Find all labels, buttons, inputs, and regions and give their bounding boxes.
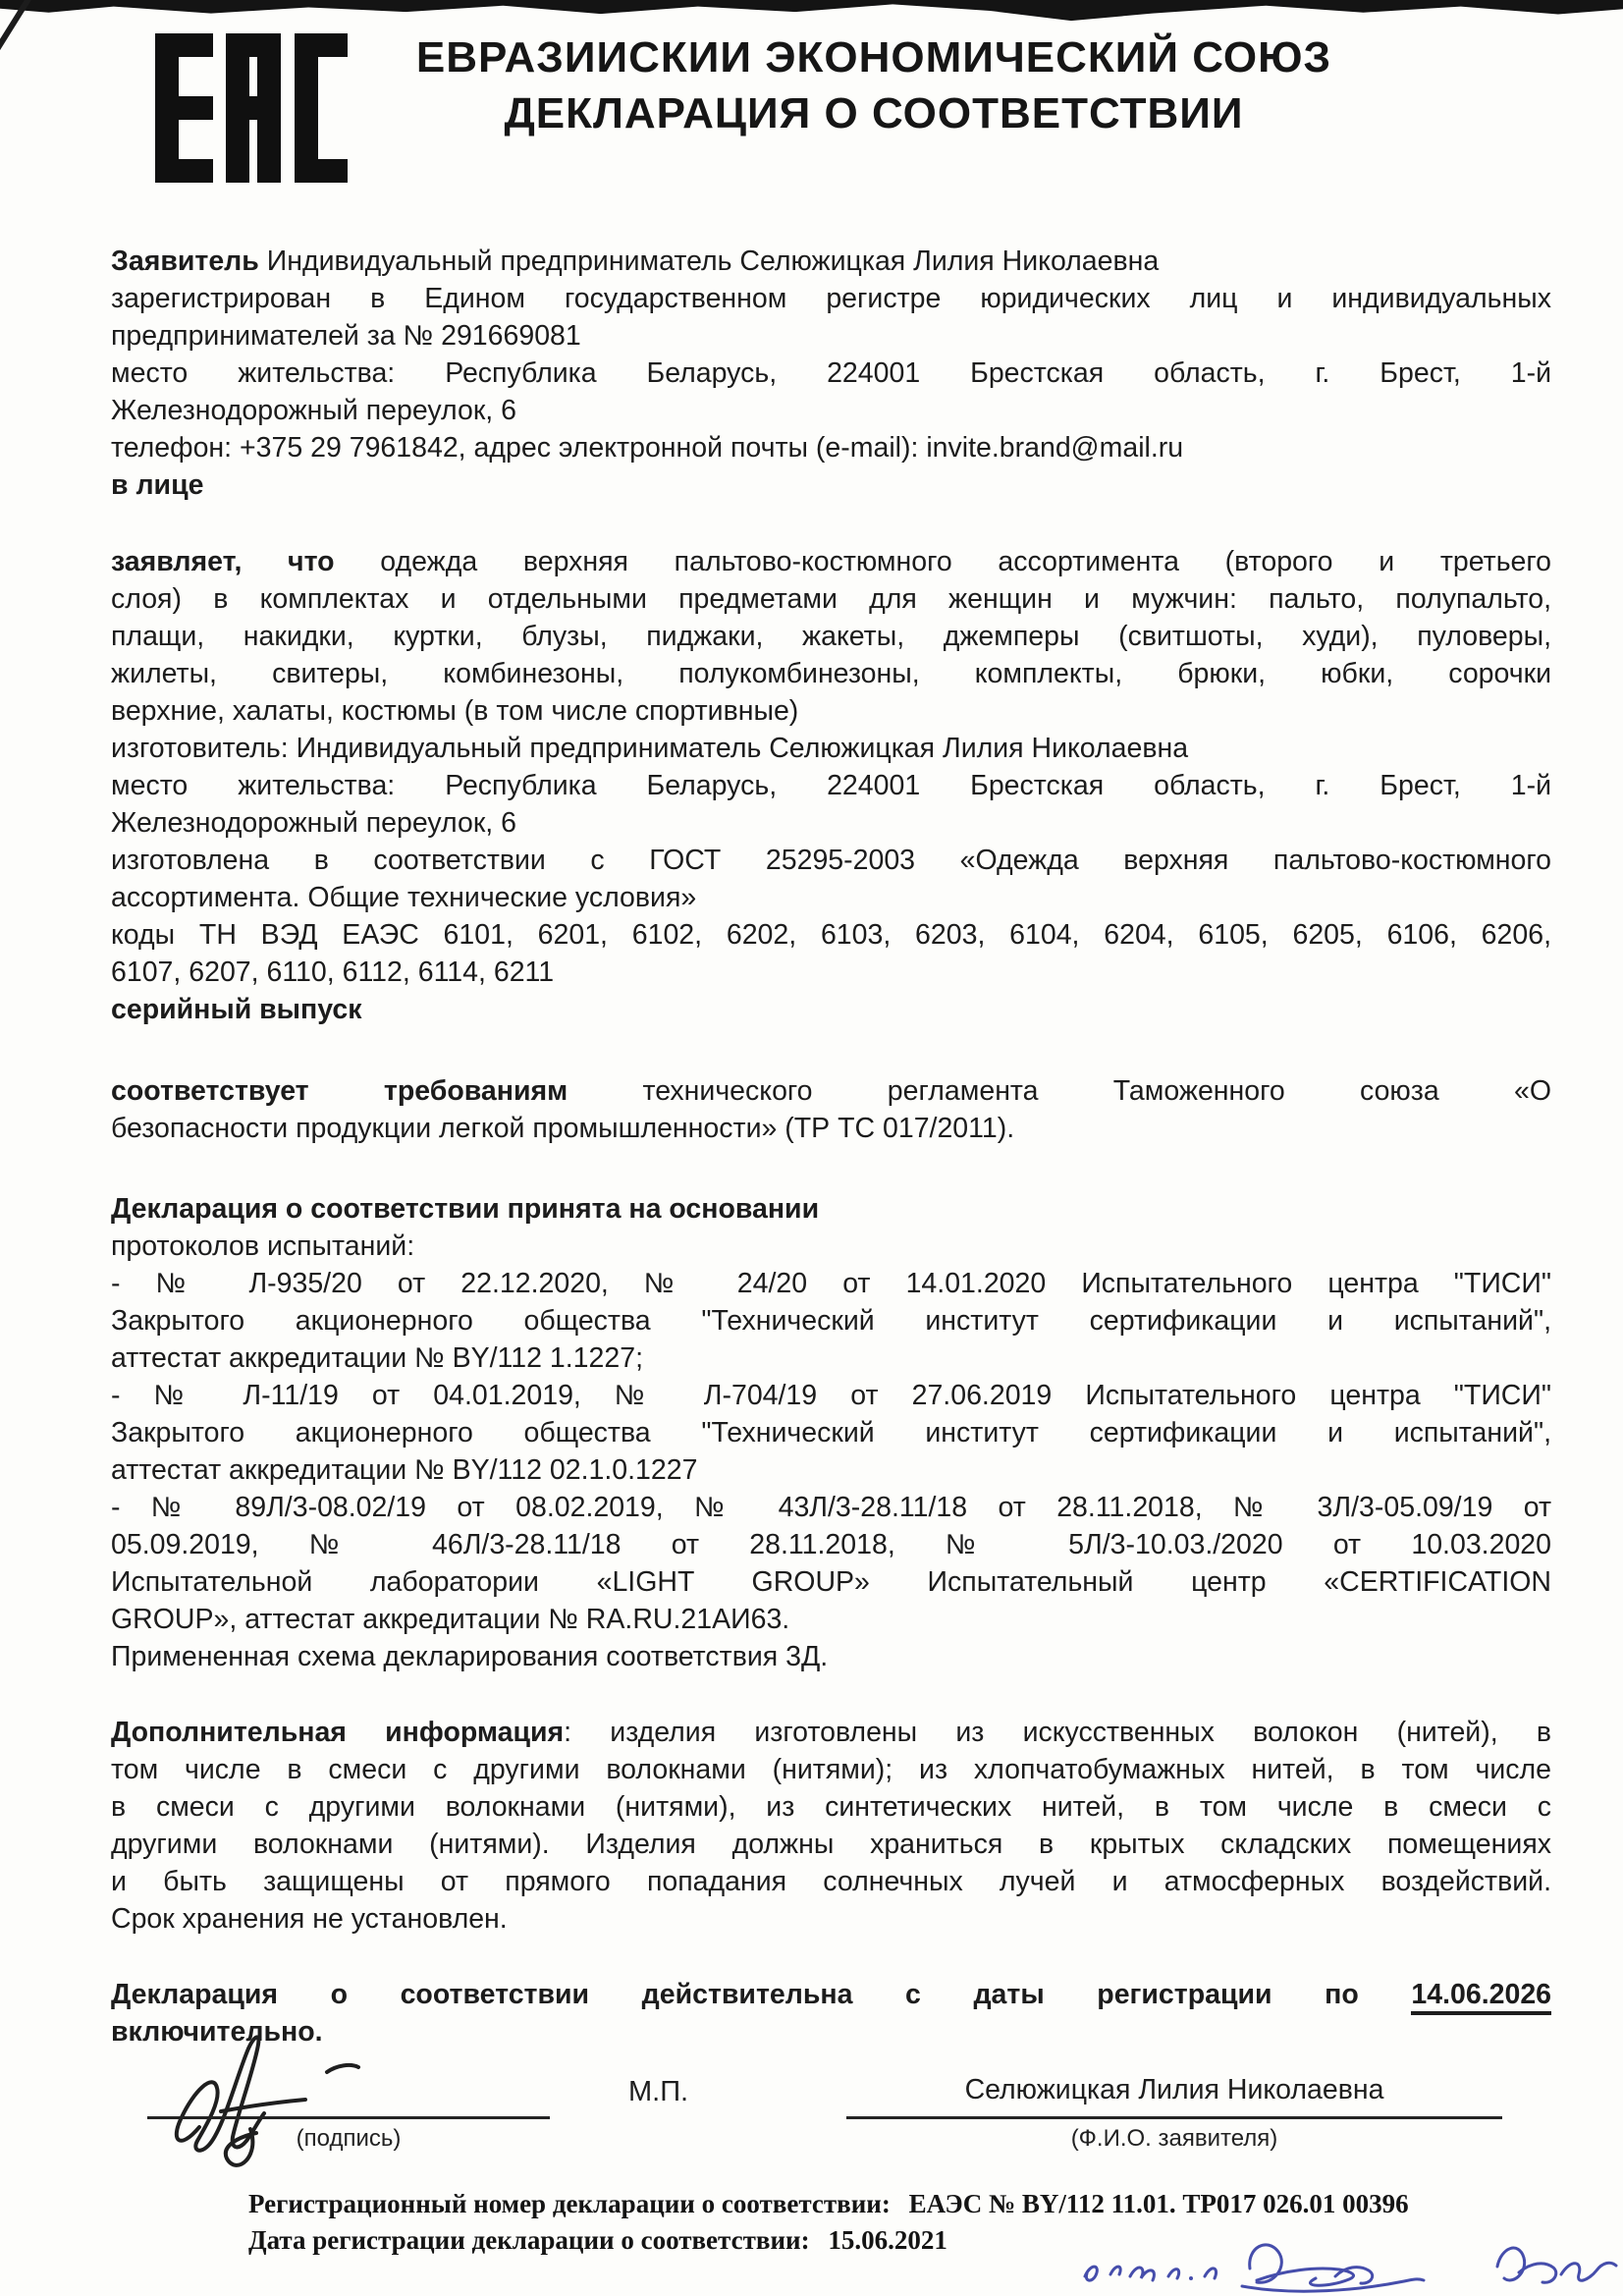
- signature-ink-icon: [162, 2011, 496, 2178]
- text-line: плащи, накидки, куртки, блузы, пиджаки, …: [111, 618, 1551, 655]
- expiry-date: 14.06.2026: [1411, 1979, 1551, 2015]
- additional-info-para: Дополнительная информация: изделия изгот…: [111, 1714, 1551, 1938]
- validity-line-1: Декларация о соответствии действительна …: [111, 1976, 1551, 2013]
- text-line: серийный выпуск: [111, 991, 1551, 1028]
- basis-section: Декларация о соответствии принята на осн…: [111, 1190, 1551, 1675]
- basis-heading: Декларация о соответствии принята на осн…: [111, 1190, 1551, 1228]
- compliance-section: соответствует требованиям технического р…: [111, 1072, 1551, 1147]
- text-line: - № 89Л/3-08.02/19 от 08.02.2019, № 43Л/…: [111, 1489, 1551, 1526]
- text-line: Закрытого акционерного общества "Техниче…: [111, 1414, 1551, 1451]
- text-line: ассортимента. Общие технические условия»: [111, 879, 1551, 916]
- text-line: в лице: [111, 466, 1551, 504]
- title-line-union: ЕВРАЗИИСКИИ ЭКОНОМИЧЕСКИЙ СОЮЗ: [353, 29, 1394, 85]
- applicant-address-para: место жительства: Республика Беларусь, 2…: [111, 355, 1551, 429]
- name-caption: (Ф.И.О. заявителя): [846, 2125, 1502, 2153]
- handwriting-ink-icon: [1075, 2235, 1623, 2296]
- registration-number-value: ЕАЭС № BY/112 11.01. ТР017 026.01 00396: [909, 2189, 1409, 2218]
- text-line: Декларация о соответствии принята на осн…: [111, 1190, 1551, 1228]
- text-line: протоколов испытаний:: [111, 1228, 1551, 1265]
- text-line: место жительства: Республика Беларусь, 2…: [111, 355, 1551, 392]
- text-line: Срок хранения не установлен.: [111, 1900, 1551, 1938]
- protocol-item-3: - № 89Л/3-08.02/19 от 08.02.2019, № 43Л/…: [111, 1489, 1551, 1638]
- text-line: слоя) в комплектах и отдельными предмета…: [111, 580, 1551, 618]
- text-line: изготовитель: Индивидуальный предпринима…: [111, 730, 1551, 767]
- text-line: - № Л-935/20 от 22.12.2020, № 24/20 от 1…: [111, 1265, 1551, 1302]
- registration-date-value: 15.06.2021: [828, 2225, 947, 2255]
- text-line: 05.09.2019, № 46Л/3-28.11/18 от 28.11.20…: [111, 1526, 1551, 1563]
- registration-number-line: Регистрационный номер декларации о соотв…: [248, 2186, 1409, 2222]
- text-line: зарегистрирован в Едином государственном…: [111, 280, 1551, 317]
- text-line: заявляет, что одежда верхняя пальтово-ко…: [111, 543, 1551, 580]
- text-line: и быть защищены от прямого попадания сол…: [111, 1863, 1551, 1900]
- text-line: Закрытого акционерного общества "Техниче…: [111, 1302, 1551, 1339]
- text-line: соответствует требованиям технического р…: [111, 1072, 1551, 1110]
- scan-torn-edge: [0, 0, 1623, 22]
- protocol-item-2: - № Л-11/19 от 04.01.2019, № Л-704/19 от…: [111, 1377, 1551, 1489]
- declaration-scheme-para: Примененная схема декларирования соответ…: [111, 1638, 1551, 1675]
- text-line: Испытательной лаборатории «LIGHT GROUP» …: [111, 1563, 1551, 1601]
- handwritten-note: [1075, 2235, 1623, 2296]
- text-line: в смеси с другими волокнами (нитями), из…: [111, 1788, 1551, 1826]
- text-line: жилеты, свитеры, комбинезоны, полукомбин…: [111, 655, 1551, 692]
- registration-date-label: Дата регистрации декларации о соответств…: [248, 2225, 810, 2255]
- title-line-declaration: ДЕКЛАРАЦИЯ О СООТВЕТСТВИИ: [353, 85, 1394, 141]
- text-line: место жительства: Республика Беларусь, 2…: [111, 767, 1551, 804]
- applicant-name-para: Заявитель Индивидуальный предприниматель…: [111, 243, 1551, 280]
- handwritten-signature: [162, 2011, 496, 2183]
- validity-text: Декларация о соответствии действительна …: [111, 1979, 1359, 2010]
- protocol-item-1: - № Л-935/20 от 22.12.2020, № 24/20 от 1…: [111, 1265, 1551, 1377]
- eac-logo: [155, 33, 348, 188]
- text-line: изготовлена в соответствии с ГОСТ 25295-…: [111, 842, 1551, 879]
- stamp-place-label: М.П.: [628, 2076, 688, 2108]
- compliance-para: соответствует требованиям технического р…: [111, 1072, 1551, 1147]
- text-line: Железнодорожный переулок, 6: [111, 392, 1551, 429]
- name-line: [846, 2116, 1502, 2119]
- text-line: Заявитель Индивидуальный предприниматель…: [111, 243, 1551, 280]
- manufacturer-address-para: место жительства: Республика Беларусь, 2…: [111, 767, 1551, 842]
- test-protocols-intro: протоколов испытаний:: [111, 1228, 1551, 1265]
- applicant-in-person-label: в лице: [111, 466, 1551, 504]
- applicant-registration-para: зарегистрирован в Едином государственном…: [111, 280, 1551, 355]
- text-line: телефон: +375 29 7961842, адрес электрон…: [111, 429, 1551, 466]
- signature-line: [147, 2116, 550, 2119]
- applicant-section: Заявитель Индивидуальный предприниматель…: [111, 243, 1551, 504]
- product-section: заявляет, что одежда верхняя пальтово-ко…: [111, 543, 1551, 1028]
- eac-logo-icon: [155, 33, 348, 183]
- text-line: 6107, 6207, 6110, 6112, 6114, 6211: [111, 954, 1551, 991]
- manufacturer-para: изготовитель: Индивидуальный предпринима…: [111, 730, 1551, 767]
- text-line: GROUP», аттестат аккредитации № RA.RU.21…: [111, 1601, 1551, 1638]
- text-line: предпринимателей за № 291669081: [111, 317, 1551, 355]
- registration-number-label: Регистрационный номер декларации о соотв…: [248, 2189, 891, 2218]
- serial-production-label: серийный выпуск: [111, 991, 1551, 1028]
- text-line: Примененная схема декларирования соответ…: [111, 1638, 1551, 1675]
- additional-info-section: Дополнительная информация: изделия изгот…: [111, 1714, 1551, 1938]
- declaration-document-page: ЕВРАЗИИСКИИ ЭКОНОМИЧЕСКИЙ СОЮЗ ДЕКЛАРАЦИ…: [0, 0, 1623, 2296]
- document-title: ЕВРАЗИИСКИИ ЭКОНОМИЧЕСКИЙ СОЮЗ ДЕКЛАРАЦИ…: [353, 29, 1394, 141]
- product-description-para: заявляет, что одежда верхняя пальтово-ко…: [111, 543, 1551, 730]
- text-line: Железнодорожный переулок, 6: [111, 804, 1551, 842]
- text-line: аттестат аккредитации № BY/112 02.1.0.12…: [111, 1451, 1551, 1489]
- applicant-full-name: Селюжицкая Лилия Николаевна: [846, 2074, 1502, 2106]
- text-line: том числе в смеси с другими волокнами (н…: [111, 1751, 1551, 1788]
- text-line: верхние, халаты, костюмы (в том числе сп…: [111, 692, 1551, 730]
- gost-standard-para: изготовлена в соответствии с ГОСТ 25295-…: [111, 842, 1551, 916]
- applicant-contact-para: телефон: +375 29 7961842, адрес электрон…: [111, 429, 1551, 466]
- text-line: аттестат аккредитации № BY/112 1.1227;: [111, 1339, 1551, 1377]
- text-line: коды ТН ВЭД ЕАЭС 6101, 6201, 6102, 6202,…: [111, 916, 1551, 954]
- signature-caption: (подпись): [147, 2125, 550, 2153]
- text-line: безопасности продукции легкой промышленн…: [111, 1110, 1551, 1147]
- tnved-codes-para: коды ТН ВЭД ЕАЭС 6101, 6201, 6102, 6202,…: [111, 916, 1551, 991]
- text-line: Дополнительная информация: изделия изгот…: [111, 1714, 1551, 1751]
- text-line: другими волокнами (нитями). Изделия долж…: [111, 1826, 1551, 1863]
- text-line: - № Л-11/19 от 04.01.2019, № Л-704/19 от…: [111, 1377, 1551, 1414]
